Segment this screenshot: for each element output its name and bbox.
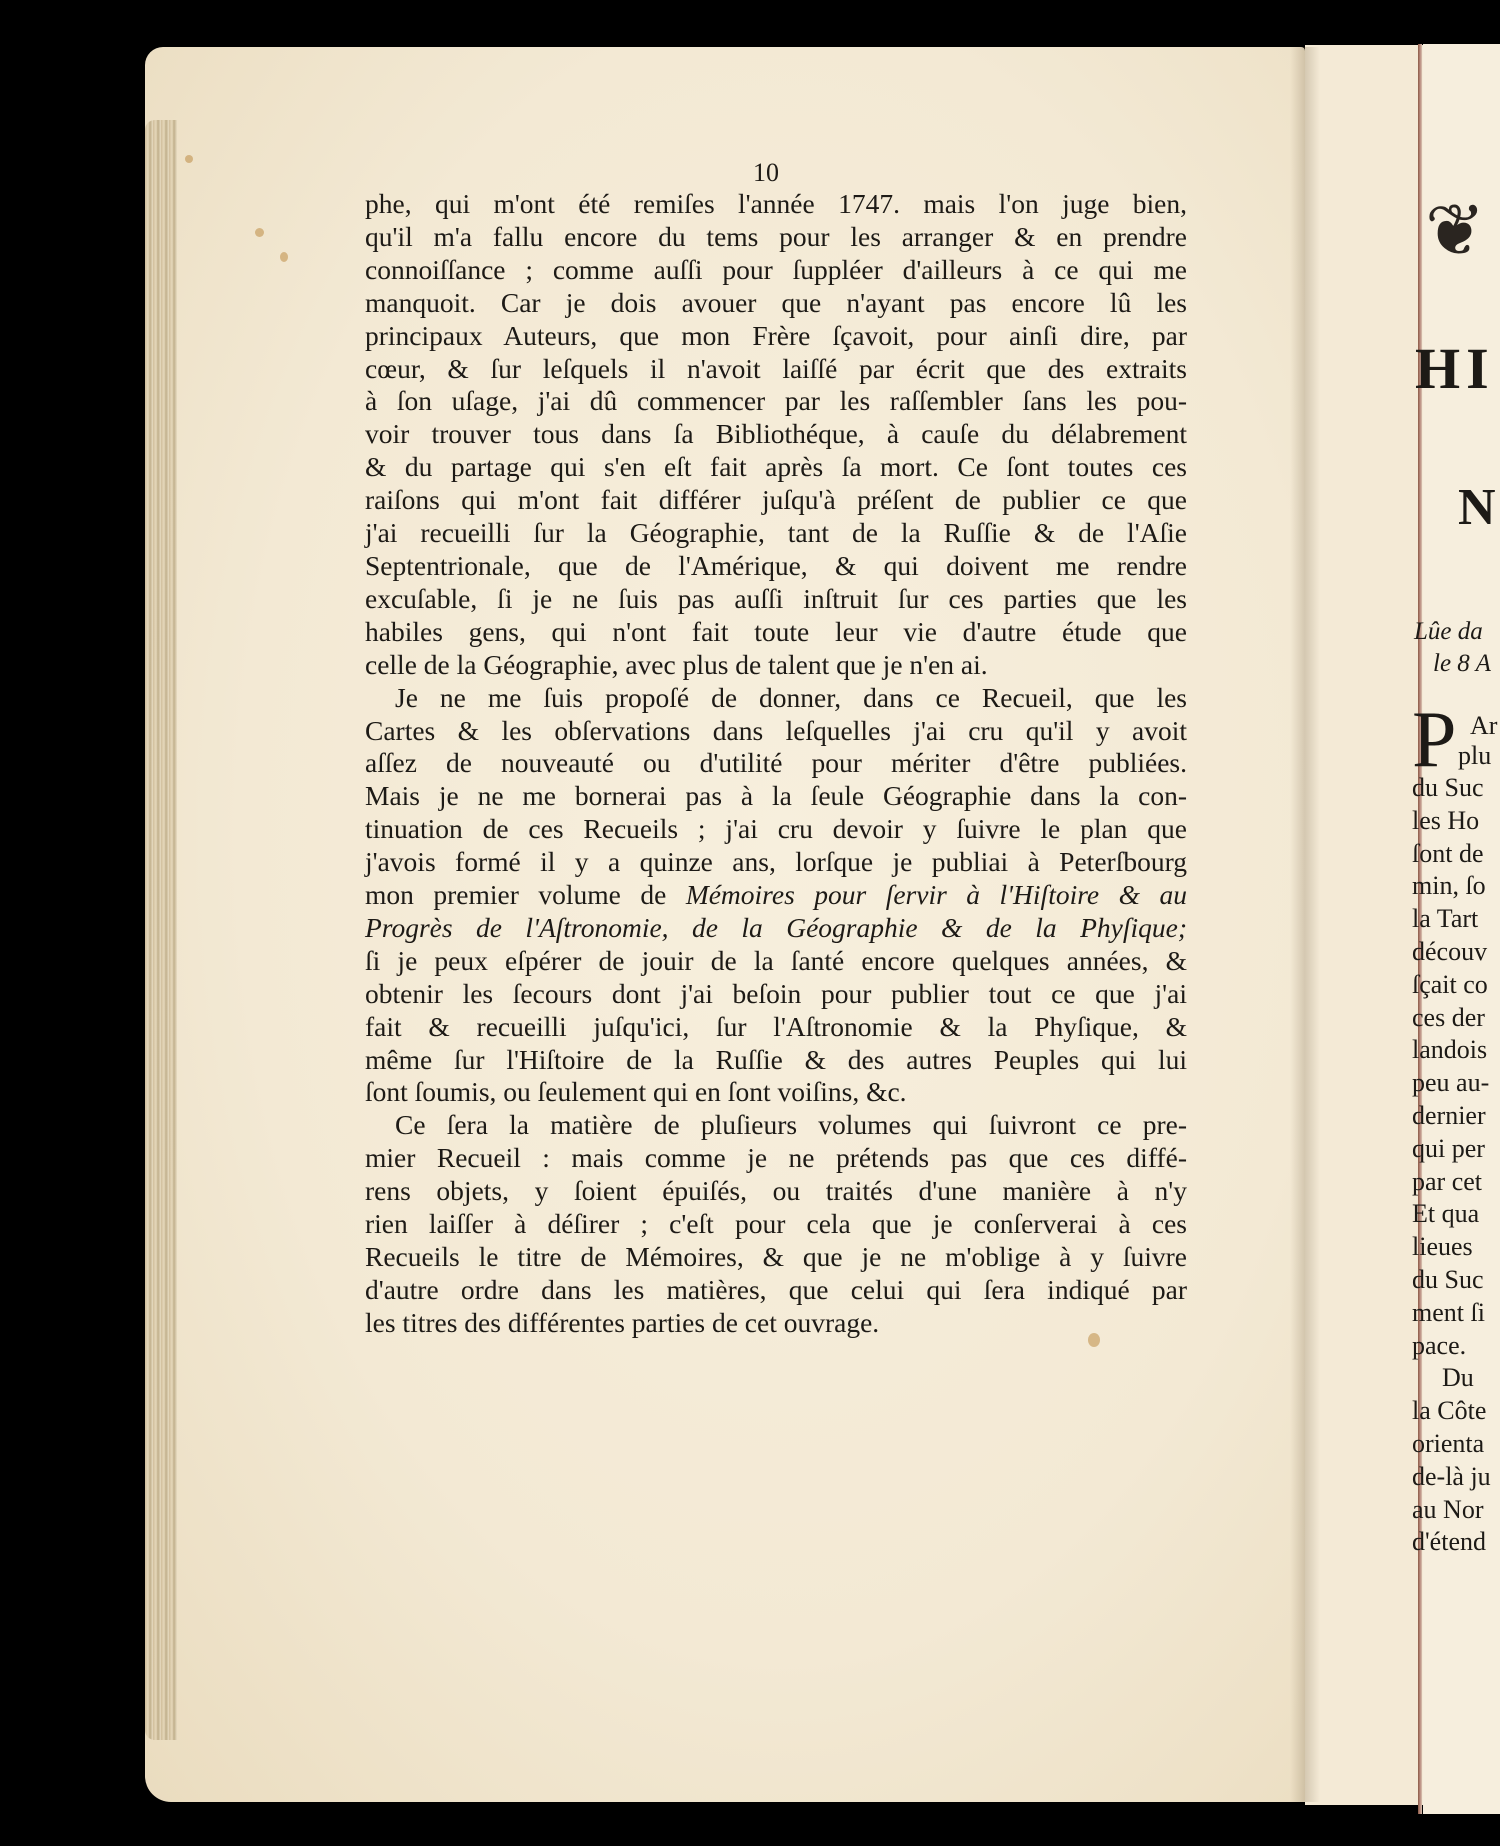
text-fragment: de-là ju: [1412, 1461, 1491, 1494]
text-fragment: ment ſi: [1412, 1297, 1491, 1330]
text-fragment: dernier: [1412, 1100, 1491, 1133]
text-line: aſſez de nouveauté ou d'utilité pour mér…: [365, 747, 1187, 780]
text-fragment: Ar: [1470, 710, 1497, 743]
text-fragment: ces der: [1412, 1002, 1491, 1035]
text-line: d'autre ordre dans les matières, que cel…: [365, 1274, 1187, 1307]
text-line: à ſon uſage, j'ai dû commencer par les r…: [365, 385, 1187, 418]
text-line: ſi je peux eſpérer de jouir de la ſanté …: [365, 945, 1187, 978]
text-fragment: lieues: [1412, 1231, 1491, 1264]
book-title-italic: Mémoires pour ſervir à l'Hiſtoire & au: [686, 879, 1187, 910]
ornament-icon: ❦: [1425, 195, 1485, 267]
text-line: & du partage qui s'en eſt fait après ſa …: [365, 451, 1187, 484]
text-line: raiſons qui m'ont fait différer juſqu'à …: [365, 484, 1187, 517]
text-fragment: pace.: [1412, 1330, 1491, 1363]
text-line: connoiſſance ; comme auſſi pour ſuppléer…: [365, 254, 1187, 287]
gutter-shadow: [1290, 47, 1320, 1802]
book-gutter: [1305, 45, 1423, 1805]
text-line: les titres des différentes parties de ce…: [365, 1307, 1187, 1340]
page-text: 10 phe, qui m'ont été remiſes l'année 17…: [365, 158, 1187, 1340]
text-line: rien laiſſer à déſirer ; c'eſt pour cela…: [365, 1208, 1187, 1241]
text-fragment: peu au-: [1412, 1067, 1491, 1100]
book-title-italic: Progrès de l'Aſtronomie, de la Géographi…: [365, 912, 1187, 943]
text-line: mier Recueil : mais comme je ne prétends…: [365, 1142, 1187, 1175]
text-fragment: min, ſo: [1412, 870, 1491, 903]
page-edges: [145, 120, 177, 1740]
text-line-italic: Progrès de l'Aſtronomie, de la Géographi…: [365, 912, 1187, 945]
text-fragment: qui per: [1412, 1133, 1491, 1166]
page-number: 10: [345, 158, 1187, 188]
text-line: qu'il m'a fallu encore du tems pour les …: [365, 221, 1187, 254]
drop-cap: P: [1412, 705, 1457, 775]
text-line: fait & recueilli juſqu'ici, ſur l'Aſtron…: [365, 1011, 1187, 1044]
foxing-stain: [255, 228, 264, 237]
text-fragment: landois: [1412, 1034, 1491, 1067]
text-fragment: les Ho: [1412, 805, 1491, 838]
text-line: excuſable, ſi je ne ſuis pas auſſi inſtr…: [365, 583, 1187, 616]
right-text-column: du Suc les Ho ſont de min, ſo la Tart dé…: [1412, 772, 1491, 1559]
text-line: même ſur l'Hiſtoire de la Ruſſie & des a…: [365, 1044, 1187, 1077]
text-fragment: du Suc: [1412, 1264, 1491, 1297]
paragraph-start: Je ne me ſuis propoſé de donner, dans ce…: [365, 682, 1187, 715]
paragraph-start: Ce ſera la matière de pluſieurs volumes …: [365, 1109, 1187, 1142]
text-line: habiles gens, qui n'ont fait toute leur …: [365, 616, 1187, 649]
text-fragment: ſont de: [1412, 838, 1491, 871]
text-line: rens objets, y ſoient épuiſés, ou traité…: [365, 1175, 1187, 1208]
italic-fragment: Lûe da: [1414, 618, 1483, 646]
text-fragment: Du: [1412, 1362, 1491, 1395]
text-fragment: au Nor: [1412, 1494, 1491, 1527]
text-fragment: par cet: [1412, 1166, 1491, 1199]
text-line: Mais je ne me bornerai pas à la ſeule Gé…: [365, 780, 1187, 813]
italic-fragment: le 8 A: [1433, 650, 1491, 678]
text-line: cœur, & ſur leſquels il n'avoit laiſſé p…: [365, 353, 1187, 386]
text-fragment: la Côte: [1412, 1395, 1491, 1428]
text-line: Recueils le titre de Mémoires, & que je …: [365, 1241, 1187, 1274]
text-fragment: orienta: [1412, 1428, 1491, 1461]
text-line: mon premier volume de Mémoires pour ſerv…: [365, 879, 1187, 912]
text-fragment: plu: [1458, 740, 1491, 773]
foxing-stain: [280, 252, 288, 262]
text-fragment: découv: [1412, 936, 1491, 969]
subheading-fragment: N: [1458, 478, 1496, 537]
heading-fragment: HI: [1415, 335, 1495, 402]
text-line: manquoit. Car je dois avouer que n'ayant…: [365, 287, 1187, 320]
text-line: voir trouver tous dans ſa Bibliothéque, …: [365, 418, 1187, 451]
text-line: j'avois formé il y a quinze ans, lorſque…: [365, 846, 1187, 879]
text-fragment: ſçait co: [1412, 969, 1491, 1002]
text-line: ſont ſoumis, ou ſeulement qui en ſont vo…: [365, 1076, 1187, 1109]
text-line: Septentrionale, que de l'Amérique, & qui…: [365, 550, 1187, 583]
text-fragment: la Tart: [1412, 903, 1491, 936]
text-line: Cartes & les obſervations dans leſquelle…: [365, 715, 1187, 748]
text-fragment: Et qua: [1412, 1198, 1491, 1231]
text-line: celle de la Géographie, avec plus de tal…: [365, 649, 1187, 682]
text-line: j'ai recueilli ſur la Géographie, tant d…: [365, 517, 1187, 550]
text-fragment: d'étend: [1412, 1526, 1491, 1559]
text-line: principaux Auteurs, que mon Frère ſçavoi…: [365, 320, 1187, 353]
foxing-stain: [185, 155, 193, 163]
text-fragment: du Suc: [1412, 772, 1491, 805]
text-line: obtenir les ſecours dont j'ai beſoin pou…: [365, 978, 1187, 1011]
text-line: tinuation de ces Recueils ; j'ai cru dev…: [365, 813, 1187, 846]
text-line: phe, qui m'ont été remiſes l'année 1747.…: [365, 188, 1187, 221]
text-segment: mon premier volume de: [365, 879, 686, 910]
